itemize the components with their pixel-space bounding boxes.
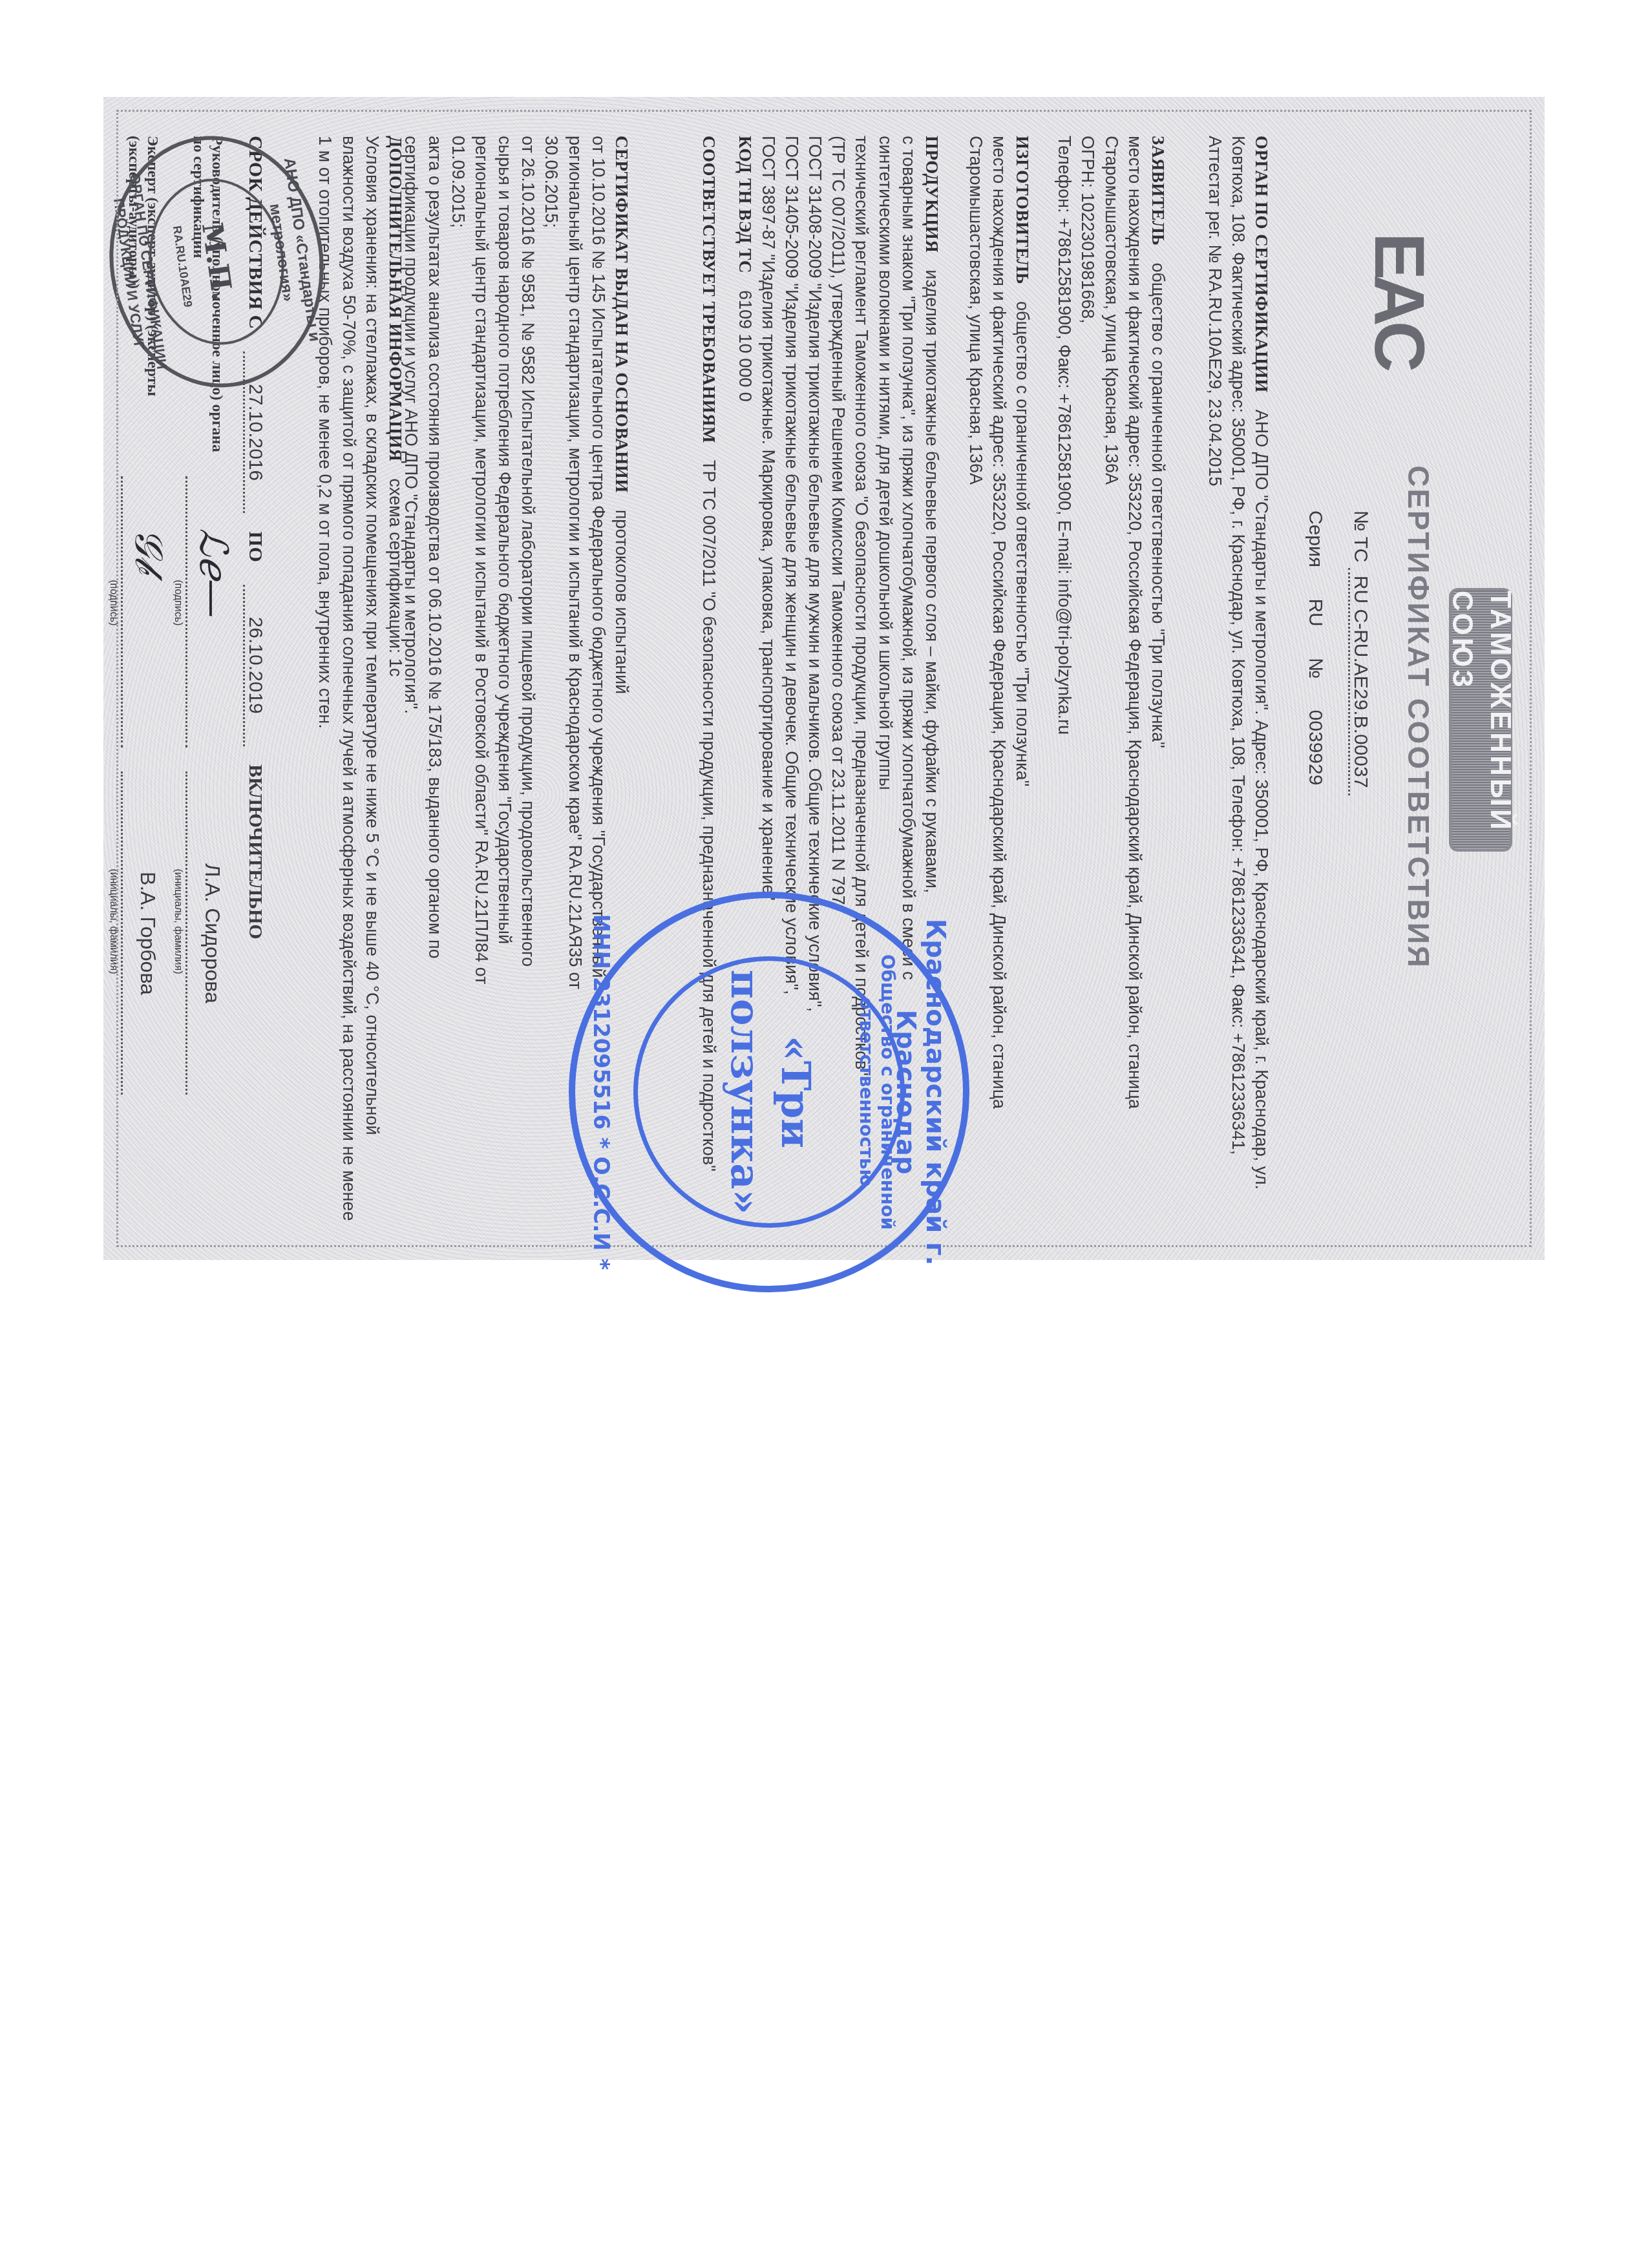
valid-to-date: 26.10.2019: [243, 585, 266, 746]
head-name: Л.А. Сидорова (инициалы, фамилия): [185, 772, 226, 1095]
certification-body-section: ОРГАН ПО СЕРТИФИКАЦИИАНО ДПО "Стандарты …: [1203, 136, 1273, 1247]
series-value: RU: [1305, 598, 1326, 626]
manufacturer-section: ИЗГОТОВИТЕЛЬобщество с ограниченной отве…: [964, 136, 1034, 1247]
additional-info-section: ДОПОЛНИТЕЛЬНАЯ ИНФОРМАЦИЯсхема сертифика…: [313, 136, 407, 1221]
certificate-series: Серия RU № 0039929: [1302, 510, 1328, 811]
tnved-code: 6109 10 000 0: [735, 290, 755, 402]
customs-union-banner: ТАМОЖЕННЫЙ СОЮЗ: [1449, 588, 1512, 852]
expert-signature: 𝒢𝒷 (подпись): [121, 476, 162, 748]
company-stamp-wrapper: Краснодарский край г. Краснодар Общество…: [569, 892, 969, 1292]
certificate-number-value: RU C-RU.AE29.B.00037: [1348, 568, 1371, 795]
signature-scribble-icon: 𝒢𝒷: [123, 528, 174, 572]
certificate-title: СЕРТИФИКАТ СООТВЕТСТВИЯ: [1398, 446, 1438, 989]
expert-name: В.А. Горбова (инициалы, фамилия): [121, 772, 162, 1095]
company-stamp: Краснодарский край г. Краснодар Общество…: [569, 892, 969, 1292]
signature-scribble-icon: ℒℯ—: [187, 528, 239, 618]
eac-mark-icon: EAC: [1364, 233, 1435, 330]
blank-number-value: 0039929: [1305, 710, 1326, 786]
basis-section: СЕРТИФИКАТ ВЫДАН НА ОСНОВАНИИпротоколов …: [399, 136, 633, 1008]
head-signature: ℒℯ— (подпись): [185, 476, 226, 748]
certificate-number: № ТС RU C-RU.AE29.B.00037: [1347, 510, 1373, 795]
certification-body-stamp: АНО ДПО «Стандарты и метрология» М.П. RA…: [103, 122, 340, 401]
applicant-section: ЗАЯВИТЕЛЬобщество с ограниченной ответст…: [1053, 136, 1170, 1247]
